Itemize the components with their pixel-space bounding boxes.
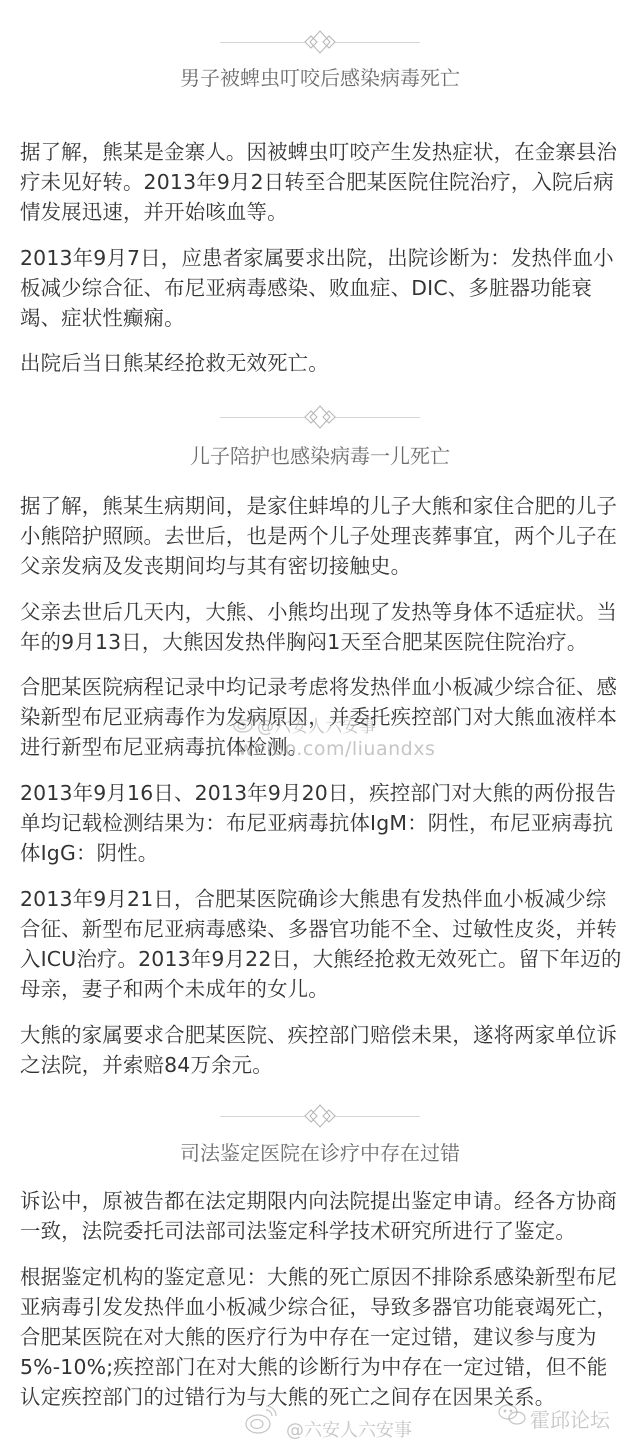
weibo-logo-icon [232, 712, 258, 734]
ornament-divider [0, 30, 640, 54]
section-title: 儿子陪护也感染病毒一儿死亡 [0, 440, 640, 469]
paragraph: 父亲去世后几天内，大熊、小熊均出现了发热等身体不适症状。当年的9月13日，大熊因… [20, 597, 624, 657]
paragraph: 2013年9月16日、2013年9月20日，疾控部门对大熊的两份报告单均记载检测… [20, 778, 624, 868]
wechat-logo-icon [497, 1402, 527, 1428]
divider-line [335, 417, 420, 418]
ornament-divider [0, 1104, 640, 1128]
diamond-ornament-icon [300, 405, 340, 429]
watermark-handle: @六安人六安事 [286, 1416, 412, 1442]
watermark-forum: 霍邱论坛 [530, 1404, 610, 1433]
section-title: 司法鉴定医院在诊疗中存在过错 [0, 1137, 640, 1166]
divider-line [220, 417, 305, 418]
divider-line [335, 42, 420, 43]
paragraph: 出院后当日熊某经抢救无效死亡。 [20, 348, 624, 378]
paragraph: 大熊的家属要求合肥某医院、疾控部门赔偿未果，遂将两家单位诉之法院，并索赔84万余… [20, 1020, 624, 1080]
paragraph: 诉讼中，原被告都在法定期限内向法院提出鉴定申请。经各方协商一致，法院委托司法部司… [20, 1186, 624, 1246]
paragraph: 2013年9月21日，合肥某医院确诊大熊患有发热伴血小板减少综合征、新型布尼亚病… [20, 884, 624, 1004]
paragraph: 根据鉴定机构的鉴定意见：大熊的死亡原因不排除系感染新型布尼亚病毒引发发热伴血小板… [20, 1262, 624, 1412]
watermark-handle: @六安人六安事 [257, 712, 376, 737]
paragraph: 2013年9月7日，应患者家属要求出院，出院诊断为：发热伴血小板减少综合征、布尼… [20, 243, 624, 333]
divider-line [220, 42, 305, 43]
divider-line [335, 1116, 420, 1117]
diamond-ornament-icon [300, 30, 340, 54]
divider-line [220, 1116, 305, 1117]
watermark-url: weibo.com/liuandxs [238, 738, 435, 760]
ornament-divider [0, 405, 640, 429]
weibo-logo-icon [243, 1402, 279, 1436]
diamond-ornament-icon [300, 1104, 340, 1128]
paragraph: 据了解，熊某是金寨人。因被蜱虫叮咬产生发热症状，在金寨县治疗未见好转。2013年… [20, 137, 624, 227]
paragraph: 据了解，熊某生病期间，是家住蚌埠的儿子大熊和家住合肥的儿子小熊陪护照顾。去世后，… [20, 491, 624, 581]
section-title: 男子被蜱虫叮咬后感染病毒死亡 [0, 62, 640, 91]
